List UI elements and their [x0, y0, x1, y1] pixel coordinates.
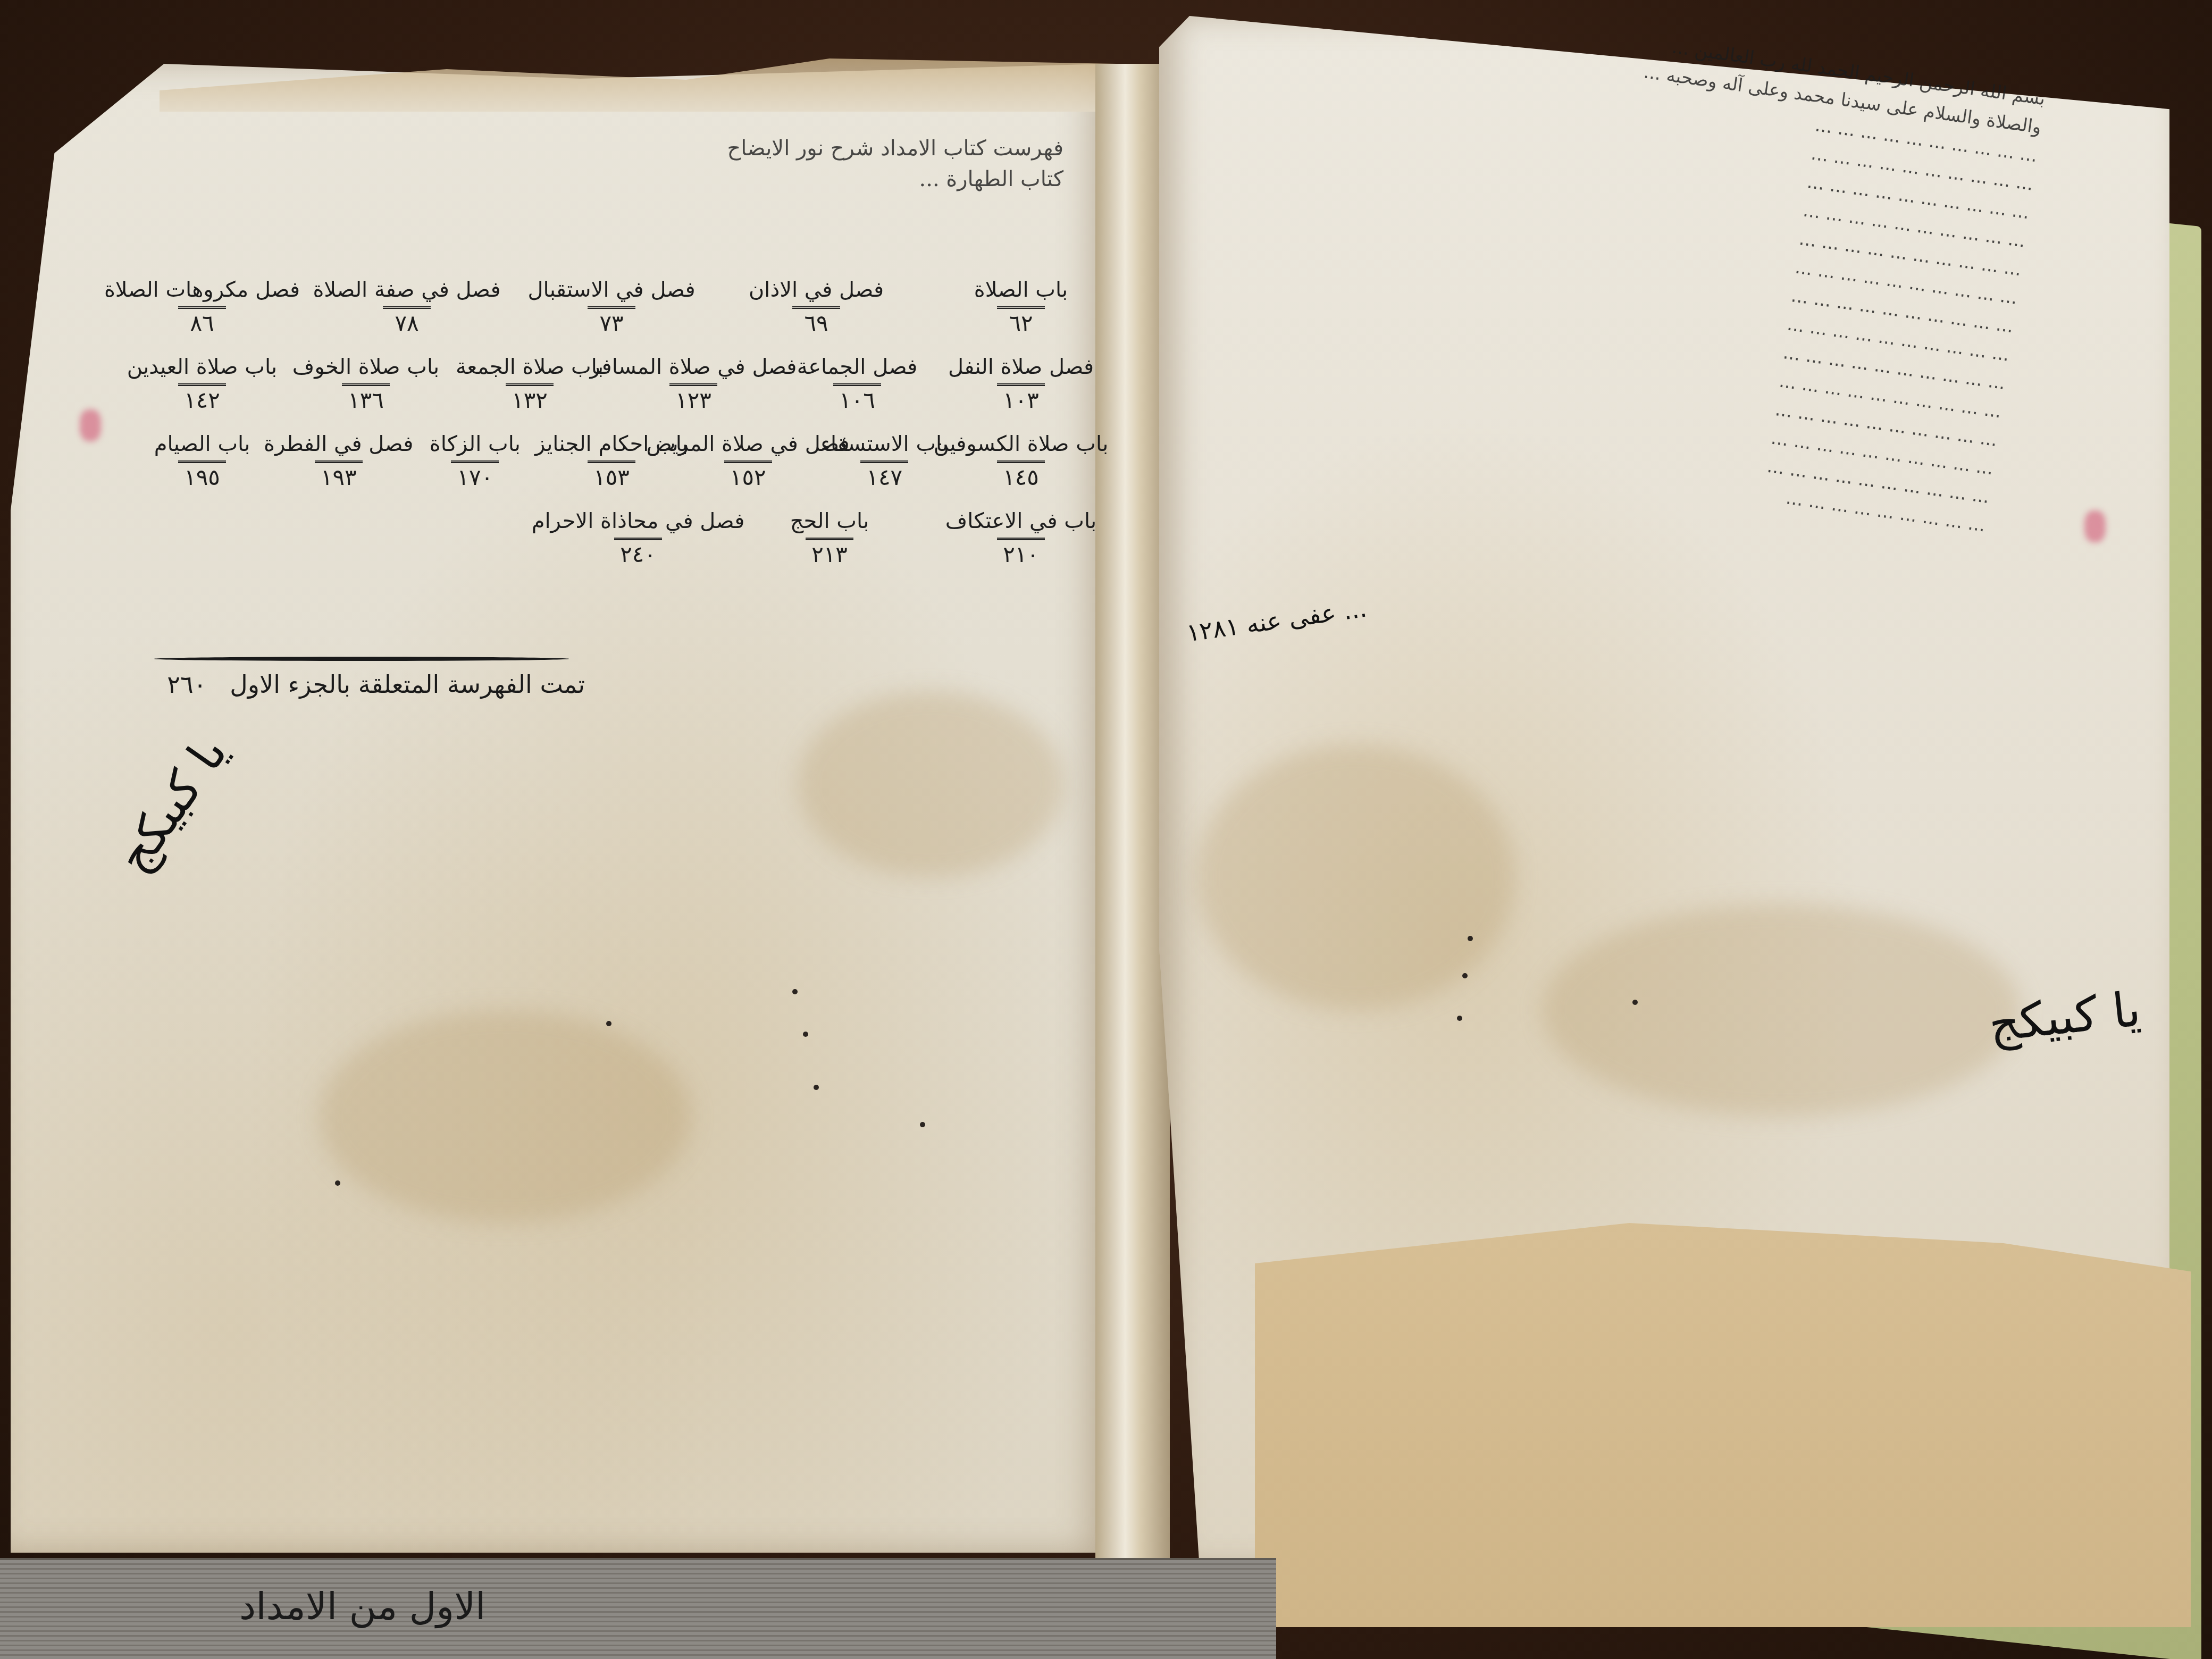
toc-entry-page: ١٤٢	[184, 388, 220, 413]
toc-entry-page: ١٣٢	[512, 388, 548, 413]
toc-entry-page: ٦٢	[1009, 311, 1033, 336]
toc-rule	[806, 538, 853, 540]
toc-rule	[860, 460, 908, 463]
manuscript-scene: فهرست كتاب الامداد شرح نور الايضاح كتاب …	[0, 0, 2212, 1659]
water-stain	[1196, 744, 1515, 1010]
toc-rule	[724, 460, 772, 463]
toc-rule	[383, 306, 431, 309]
toc-entry-page: ١٠٣	[1003, 388, 1039, 413]
toc-rule	[614, 538, 662, 540]
toc-entry-title: فصل في صلاة المسافر	[590, 354, 797, 380]
water-stain	[1542, 904, 2021, 1117]
toc-entry-page: ٨٦	[190, 311, 214, 336]
toc-entry-title: باب احكام الجنايز	[535, 431, 688, 457]
toc-closing-number: ٢٦٠	[167, 670, 206, 699]
toc-closing-text: تمت الفهرسة المتعلقة بالجزء الاول	[230, 670, 585, 699]
toc-rule	[588, 306, 635, 309]
toc-entry-page: ١٧٠	[457, 465, 493, 490]
wormhole	[335, 1180, 340, 1186]
toc-entry-page: ١٤٧	[867, 465, 903, 490]
toc-entry-page: ١٩٥	[184, 465, 220, 490]
toc-entry: باب احكام الجنايز١٥٣	[548, 431, 675, 490]
toc-rule	[506, 383, 554, 386]
wormhole	[814, 1085, 819, 1090]
toc-entry-page: ١٠٦	[839, 388, 875, 413]
toc-rule	[997, 538, 1045, 540]
toc-rule	[315, 460, 363, 463]
toc-entry-page: ٢١٠	[1003, 542, 1039, 567]
toc-rule	[178, 460, 226, 463]
toc-row: فصل صلاة النفل١٠٣ فصل الجماعة١٠٦ فصل في …	[138, 354, 1085, 413]
left-page-torn-edge	[160, 58, 1117, 112]
toc-rule	[997, 383, 1045, 386]
toc-entry-title: فصل في الفطرة	[264, 431, 413, 457]
toc-rule	[178, 383, 226, 386]
toc-entry-title: باب الزكاة	[430, 431, 521, 457]
toc-rule	[997, 306, 1045, 309]
toc-rule	[669, 383, 717, 386]
toc-entry: فصل الجماعة١٠٦	[793, 354, 921, 413]
wormhole	[803, 1032, 808, 1037]
toc-entry-title: فصل في الاستقبال	[527, 276, 695, 303]
toc-entry-title: فصل صلاة النفل	[948, 354, 1094, 380]
toc-entry: باب الصلاة٦٢	[957, 276, 1085, 336]
red-ink-mark	[80, 409, 101, 441]
toc-entry-title: فصل في صفة الصلاة	[313, 276, 500, 303]
toc-entry: باب في الاعتكاف٢١٠	[957, 508, 1085, 567]
toc-rule	[342, 383, 390, 386]
toc-entry-title: فصل في محاذاة الاحرام	[532, 508, 745, 534]
toc-entry-page: ١٢٣	[675, 388, 711, 413]
toc-entry: باب صلاة الكسوفين١٤٥	[957, 431, 1085, 490]
water-stain	[319, 1010, 691, 1223]
toc-entry-title: باب الصلاة	[974, 276, 1068, 303]
toc-rule	[451, 460, 499, 463]
toc-entry-title: فصل مكروهات الصلاة	[104, 276, 300, 303]
toc-entry-title: باب صلاة العيدين	[127, 354, 277, 380]
toc-row: باب صلاة الكسوفين١٤٥ باب الاستسقاء١٤٧ فص…	[138, 431, 1085, 490]
toc-entry-page: ٢١٣	[811, 542, 848, 567]
toc-entry-page: ١٣٦	[348, 388, 384, 413]
table-of-contents: باب الصلاة٦٢ فصل في الاذان٦٩ فصل في الاس…	[138, 213, 1085, 567]
toc-entry: فصل في محاذاة الاحرام٢٤٠	[574, 508, 702, 567]
toc-entry: فصل في الفطرة١٩٣	[275, 431, 403, 490]
toc-entry: فصل صلاة النفل١٠٣	[957, 354, 1085, 413]
wormhole	[1462, 973, 1468, 978]
toc-entry: فصل في صلاة المسافر١٢٣	[630, 354, 757, 413]
toc-row: باب الصلاة٦٢ فصل في الاذان٦٩ فصل في الاس…	[138, 276, 1085, 336]
toc-entry: فصل في الاذان٦٩	[752, 276, 880, 336]
toc-entry-title: باب الحج	[790, 508, 869, 534]
toc-entry: فصل مكروهات الصلاة٨٦	[138, 276, 266, 336]
toc-entry-page: ٧٨	[395, 311, 418, 336]
wormhole	[1457, 1016, 1462, 1021]
toc-header-line: كتاب الطهارة ...	[160, 164, 1063, 195]
red-ink-mark	[2084, 510, 2106, 542]
toc-entry-page: ١٤٥	[1003, 465, 1039, 490]
toc-entry-title: باب الصيام	[154, 431, 250, 457]
water-stain	[798, 691, 1063, 877]
toc-row: باب في الاعتكاف٢١٠ باب الحج٢١٣ فصل في مح…	[138, 508, 1085, 567]
right-page-lower-paper	[1255, 1223, 2191, 1627]
toc-entry-title: فصل الجماعة	[797, 354, 918, 380]
toc-entry: باب الحج٢١٣	[766, 508, 893, 567]
wormhole	[1632, 1000, 1638, 1005]
book-edge-title: الاول من الامداد	[239, 1585, 486, 1628]
toc-entry: فصل في صفة الصلاة٧٨	[343, 276, 471, 336]
wormhole	[792, 989, 798, 994]
toc-entry: باب صلاة الجمعة١٣٢	[466, 354, 593, 413]
toc-entry-title: باب صلاة الكسوفين	[934, 431, 1109, 457]
toc-entry-title: باب صلاة الجمعة	[456, 354, 604, 380]
toc-closing-rule	[154, 657, 569, 661]
toc-entry: فصل في الاستقبال٧٣	[548, 276, 675, 336]
toc-header-line: فهرست كتاب الامداد شرح نور الايضاح	[160, 133, 1063, 164]
toc-closing-line: تمت الفهرسة المتعلقة بالجزء الاول ٢٦٠	[160, 670, 585, 699]
toc-rule	[833, 383, 881, 386]
toc-entry-title: باب في الاعتكاف	[945, 508, 1096, 534]
book-fore-edge	[0, 1558, 1276, 1659]
toc-entry-page: ١٥٣	[593, 465, 630, 490]
toc-entry: باب الزكاة١٧٠	[411, 431, 539, 490]
toc-entry-page: ١٩٣	[321, 465, 357, 490]
toc-rule	[997, 460, 1045, 463]
toc-rule	[792, 306, 840, 309]
toc-rule	[588, 460, 635, 463]
toc-entry-page: ٧٣	[599, 311, 623, 336]
wormhole	[1468, 936, 1473, 941]
toc-entry-page: ٢٤٠	[620, 542, 656, 567]
toc-entry: باب الصيام١٩٥	[138, 431, 266, 490]
toc-entry-title: فصل في الاذان	[749, 276, 884, 303]
wormhole	[920, 1122, 925, 1127]
wormhole	[606, 1021, 611, 1026]
toc-entry-page: ٦٩	[804, 311, 828, 336]
toc-entry: باب صلاة العيدين١٤٢	[138, 354, 266, 413]
toc-rule	[178, 306, 226, 309]
toc-entry: باب صلاة الخوف١٣٦	[302, 354, 430, 413]
toc-entry-title: باب صلاة الخوف	[292, 354, 439, 380]
toc-entry-page: ١٥٢	[730, 465, 766, 490]
toc-header: فهرست كتاب الامداد شرح نور الايضاح كتاب …	[160, 133, 1063, 195]
toc-entry: فصل في صلاة المريض١٥٢	[684, 431, 812, 490]
